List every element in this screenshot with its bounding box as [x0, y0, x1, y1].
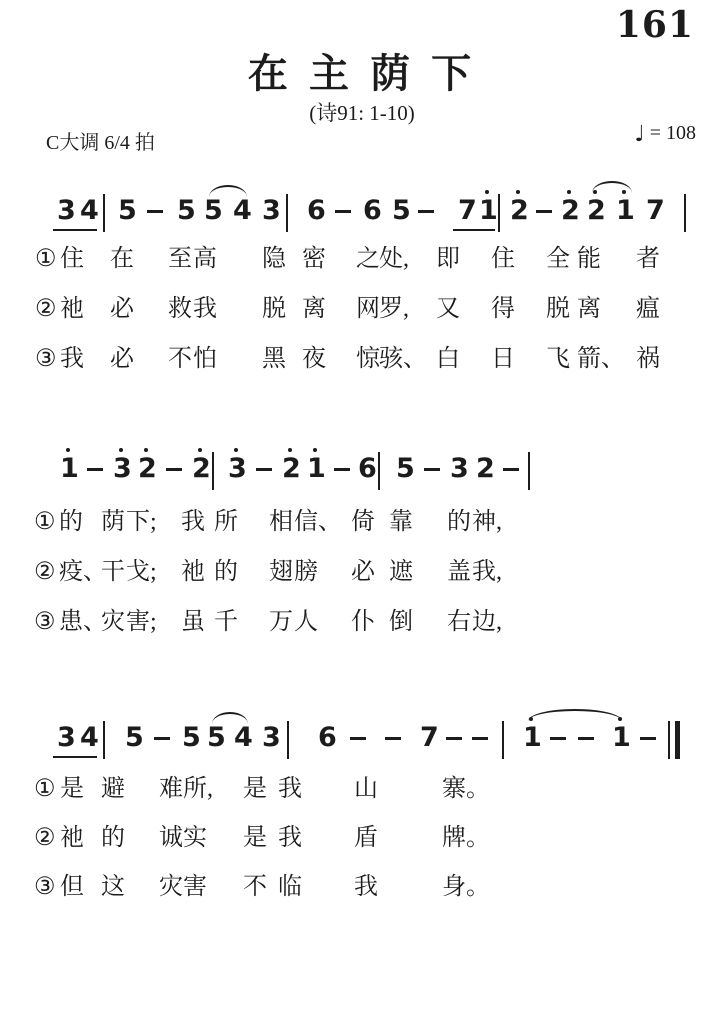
lyric-syllable: 疫、 — [59, 558, 107, 586]
lyric-syllable: 倒 — [389, 608, 413, 636]
note-digit: 2 — [510, 197, 529, 225]
note-digit: 7 — [458, 197, 477, 225]
lyric-syllable: 处, — [379, 245, 409, 273]
verse-number: ③ — [35, 345, 57, 373]
barline — [684, 194, 686, 232]
lyric-syllable: 白 — [436, 345, 460, 373]
lyric-row: ①住在至高隐密之处,即住全能者 — [0, 245, 724, 275]
lyric-syllable: 盾 — [354, 824, 378, 852]
note-digit: 5 — [396, 455, 415, 483]
lyric-syllable: 我 — [278, 775, 302, 803]
lyric-syllable: 瘟 — [636, 295, 660, 323]
note-digit: 2 — [138, 455, 157, 483]
barline — [103, 721, 105, 759]
note-digit: 2 — [561, 197, 580, 225]
lyric-syllable: 罗, — [379, 295, 409, 323]
verse-number: ① — [35, 245, 57, 273]
lyric-syllable: 惊 — [356, 345, 380, 373]
note-digit: 7 — [420, 724, 439, 752]
lyric-syllable: 密 — [302, 245, 326, 273]
lyric-syllable: 祂 — [60, 295, 84, 323]
lyric-syllable: 在 — [110, 245, 134, 273]
duration-dash — [550, 737, 566, 740]
lyric-syllable: 又 — [436, 295, 460, 323]
note-digit: 1 — [523, 724, 542, 752]
note-digit: 1 — [479, 197, 498, 225]
lyric-syllable: 必 — [110, 345, 134, 373]
octave-dot-icon — [516, 190, 520, 194]
note-digit: 5 — [204, 197, 223, 225]
lyric-syllable: 患、 — [59, 608, 107, 636]
lyric-syllable: 膀 — [294, 558, 318, 586]
note-digit: 1 — [616, 197, 635, 225]
lyric-syllable: 的 — [447, 508, 471, 536]
note-digit: 2 — [192, 455, 211, 483]
duration-dash — [418, 210, 434, 213]
lyric-syllable: 祸 — [636, 345, 660, 373]
lyric-row: ②祂必救我脱离网罗,又得脱离瘟 — [0, 295, 724, 325]
lyric-syllable: 怕 — [193, 345, 217, 373]
duration-dash — [335, 210, 351, 213]
notation-line: 34555436711 — [0, 724, 724, 770]
lyric-syllable: 不 — [168, 345, 192, 373]
note-digit: 3 — [262, 197, 281, 225]
notation-line: 13223216532 — [0, 455, 724, 501]
lyric-syllable: 干 — [101, 558, 125, 586]
barline — [378, 452, 380, 490]
lyric-syllable: 脱 — [546, 295, 570, 323]
lyric-syllable: 身。 — [442, 873, 490, 901]
lyric-syllable: 虽 — [181, 608, 205, 636]
lyric-syllable: 是 — [60, 775, 84, 803]
lyric-syllable: 实 — [183, 824, 207, 852]
note-digit: 1 — [60, 455, 79, 483]
lyric-syllable: 隐 — [262, 245, 286, 273]
barline — [287, 721, 289, 759]
note-digit: 5 — [125, 724, 144, 752]
slur-arc-icon — [528, 709, 622, 721]
lyric-syllable: 翅 — [269, 558, 293, 586]
song-title: 在 主 荫 下 — [0, 42, 724, 99]
duration-dash — [147, 210, 163, 213]
lyric-syllable: 我 — [354, 873, 378, 901]
final-barline-thin — [668, 721, 670, 759]
lyric-syllable: 遮 — [389, 558, 413, 586]
lyric-syllable: 我, — [472, 558, 502, 586]
lyric-row: ②祂的诚实是我盾牌。 — [0, 824, 724, 854]
lyric-syllable: 必 — [110, 295, 134, 323]
lyric-syllable: 之 — [356, 245, 380, 273]
lyric-syllable: 我 — [60, 345, 84, 373]
lyric-syllable: 但 — [60, 873, 84, 901]
quarter-note-icon: ♩ — [634, 122, 644, 147]
duration-dash — [334, 468, 350, 471]
octave-dot-icon — [485, 190, 489, 194]
note-digit: 3 — [57, 724, 76, 752]
octave-dot-icon — [119, 448, 123, 452]
lyric-syllable: 飞 — [546, 345, 570, 373]
lyric-syllable: 靠 — [389, 508, 413, 536]
note-digit: 5 — [392, 197, 411, 225]
tempo-marking: ♩ = 108 — [634, 122, 696, 147]
lyric-syllable: 离 — [302, 295, 326, 323]
page-number: 161 — [616, 4, 694, 46]
lyric-syllable: 所, — [183, 775, 213, 803]
lyric-syllable: 者 — [636, 245, 660, 273]
lyric-syllable: 牌。 — [442, 824, 490, 852]
lyric-syllable: 信、 — [294, 508, 342, 536]
lyric-syllable: 山 — [354, 775, 378, 803]
duration-dash — [166, 468, 182, 471]
duration-dash — [350, 737, 366, 740]
scripture-reference: (诗91: 1-10) — [0, 97, 724, 127]
lyric-syllable: 祂 — [60, 824, 84, 852]
duration-dash — [256, 468, 272, 471]
lyric-syllable: 高 — [193, 245, 217, 273]
duration-dash — [472, 737, 488, 740]
octave-dot-icon — [567, 190, 571, 194]
lyric-syllable: 盖 — [447, 558, 471, 586]
octave-dot-icon — [198, 448, 202, 452]
lyric-row: ②疫、干戈;祂的翅膀必遮盖我, — [0, 558, 724, 588]
lyric-syllable: 离 — [577, 295, 601, 323]
lyric-syllable: 这 — [101, 873, 125, 901]
lyric-syllable: 相 — [269, 508, 293, 536]
note-digit: 2 — [476, 455, 495, 483]
note-digit: 1 — [307, 455, 326, 483]
lyric-syllable: 右 — [447, 608, 471, 636]
lyric-syllable: 寨。 — [442, 775, 490, 803]
lyric-syllable: 得 — [491, 295, 515, 323]
lyric-syllable: 是 — [243, 824, 267, 852]
lyric-syllable: 是 — [243, 775, 267, 803]
lyric-syllable: 我 — [181, 508, 205, 536]
lyric-syllable: 网 — [356, 295, 380, 323]
duration-dash — [385, 737, 401, 740]
final-barline-thick — [675, 721, 680, 759]
note-digit: 1 — [612, 724, 631, 752]
lyric-syllable: 箭、 — [577, 345, 625, 373]
lyric-syllable: 人 — [294, 608, 318, 636]
lyric-syllable: 边, — [472, 608, 502, 636]
key-time-signature: C大调 6/4 拍 — [46, 126, 155, 155]
lyric-syllable: 临 — [278, 873, 302, 901]
note-digit: 4 — [233, 197, 252, 225]
lyric-syllable: 黑 — [262, 345, 286, 373]
note-digit: 2 — [282, 455, 301, 483]
note-digit: 5 — [182, 724, 201, 752]
note-digit: 3 — [57, 197, 76, 225]
lyric-syllable: 骇、 — [379, 345, 427, 373]
duration-dash — [536, 210, 552, 213]
duration-dash — [424, 468, 440, 471]
lyric-syllable: 害 — [183, 873, 207, 901]
hymn-sheet-page: 161 在 主 荫 下 (诗91: 1-10) C大调 6/4 拍 ♩ = 10… — [0, 0, 724, 1024]
notation-line: 34555436657122217 — [0, 197, 724, 243]
slur-arc-icon — [592, 181, 632, 193]
lyric-syllable: 能 — [577, 245, 601, 273]
lyric-syllable: 住 — [60, 245, 84, 273]
lyric-syllable: 救 — [168, 295, 192, 323]
verse-number: ③ — [34, 873, 56, 901]
note-digit: 6 — [318, 724, 337, 752]
barline — [528, 452, 530, 490]
verse-number: ② — [34, 558, 56, 586]
lyric-syllable: 灾 — [101, 608, 125, 636]
lyric-syllable: 灾 — [159, 873, 183, 901]
note-digit: 3 — [228, 455, 247, 483]
lyric-row: ③患、灾害;虽千万人仆倒右边, — [0, 608, 724, 638]
lyric-syllable: 全 — [546, 245, 570, 273]
octave-dot-icon — [234, 448, 238, 452]
note-digit: 6 — [358, 455, 377, 483]
lyric-syllable: 荫 — [101, 508, 125, 536]
note-digit: 2 — [587, 197, 606, 225]
note-digit: 3 — [262, 724, 281, 752]
lyric-syllable: 不 — [243, 873, 267, 901]
note-digit: 7 — [646, 197, 665, 225]
lyric-syllable: 避 — [101, 775, 125, 803]
note-digit: 3 — [450, 455, 469, 483]
barline — [498, 194, 500, 232]
lyric-syllable: 所 — [214, 508, 238, 536]
lyric-syllable: 必 — [351, 558, 375, 586]
verse-number: ③ — [34, 608, 56, 636]
verse-number: ① — [34, 775, 56, 803]
note-digit: 4 — [80, 724, 99, 752]
octave-dot-icon — [144, 448, 148, 452]
lyric-row: ③我必不怕黑夜惊骇、白日飞箭、祸 — [0, 345, 724, 375]
lyric-syllable: 日 — [491, 345, 515, 373]
note-digit: 5 — [207, 724, 226, 752]
lyric-syllable: 害; — [126, 608, 157, 636]
duration-dash — [503, 468, 519, 471]
lyric-syllable: 戈; — [126, 558, 157, 586]
barline — [286, 194, 288, 232]
lyric-syllable: 祂 — [181, 558, 205, 586]
lyric-syllable: 诚 — [159, 824, 183, 852]
eighth-beam — [453, 229, 495, 231]
note-digit: 4 — [234, 724, 253, 752]
lyric-syllable: 倚 — [351, 508, 375, 536]
duration-dash — [640, 737, 656, 740]
verse-number: ② — [35, 295, 57, 323]
barline — [103, 194, 105, 232]
lyric-syllable: 我 — [278, 824, 302, 852]
lyric-row: ③但这灾害不临我身。 — [0, 873, 724, 903]
verse-number: ① — [34, 508, 56, 536]
lyric-syllable: 神, — [472, 508, 502, 536]
octave-dot-icon — [288, 448, 292, 452]
lyric-syllable: 仆 — [351, 608, 375, 636]
lyric-syllable: 夜 — [302, 345, 326, 373]
lyric-syllable: 的 — [214, 558, 238, 586]
lyric-syllable: 千 — [214, 608, 238, 636]
lyric-syllable: 至 — [168, 245, 192, 273]
duration-dash — [446, 737, 462, 740]
eighth-beam — [53, 756, 97, 758]
note-digit: 5 — [177, 197, 196, 225]
lyric-syllable: 我 — [193, 295, 217, 323]
duration-dash — [578, 737, 594, 740]
lyric-syllable: 住 — [491, 245, 515, 273]
lyric-syllable: 万 — [269, 608, 293, 636]
note-digit: 3 — [113, 455, 132, 483]
lyric-syllable: 下; — [126, 508, 157, 536]
octave-dot-icon — [313, 448, 317, 452]
lyric-syllable: 即 — [436, 245, 460, 273]
slur-arc-icon — [209, 185, 247, 197]
barline — [212, 452, 214, 490]
slur-arc-icon — [212, 712, 248, 724]
eighth-beam — [53, 229, 97, 231]
note-digit: 5 — [118, 197, 137, 225]
verse-number: ② — [34, 824, 56, 852]
lyric-syllable: 的 — [101, 824, 125, 852]
octave-dot-icon — [66, 448, 70, 452]
note-digit: 6 — [363, 197, 382, 225]
note-digit: 6 — [307, 197, 326, 225]
lyric-syllable: 脱 — [262, 295, 286, 323]
note-digit: 4 — [80, 197, 99, 225]
tempo-value: = 108 — [650, 122, 696, 144]
barline — [502, 721, 504, 759]
duration-dash — [87, 468, 103, 471]
lyric-row: ①的荫下;我所相信、倚靠的神, — [0, 508, 724, 538]
lyric-syllable: 难 — [159, 775, 183, 803]
lyric-row: ①是避难所,是我山寨。 — [0, 775, 724, 805]
lyric-syllable: 的 — [59, 508, 83, 536]
duration-dash — [154, 737, 170, 740]
